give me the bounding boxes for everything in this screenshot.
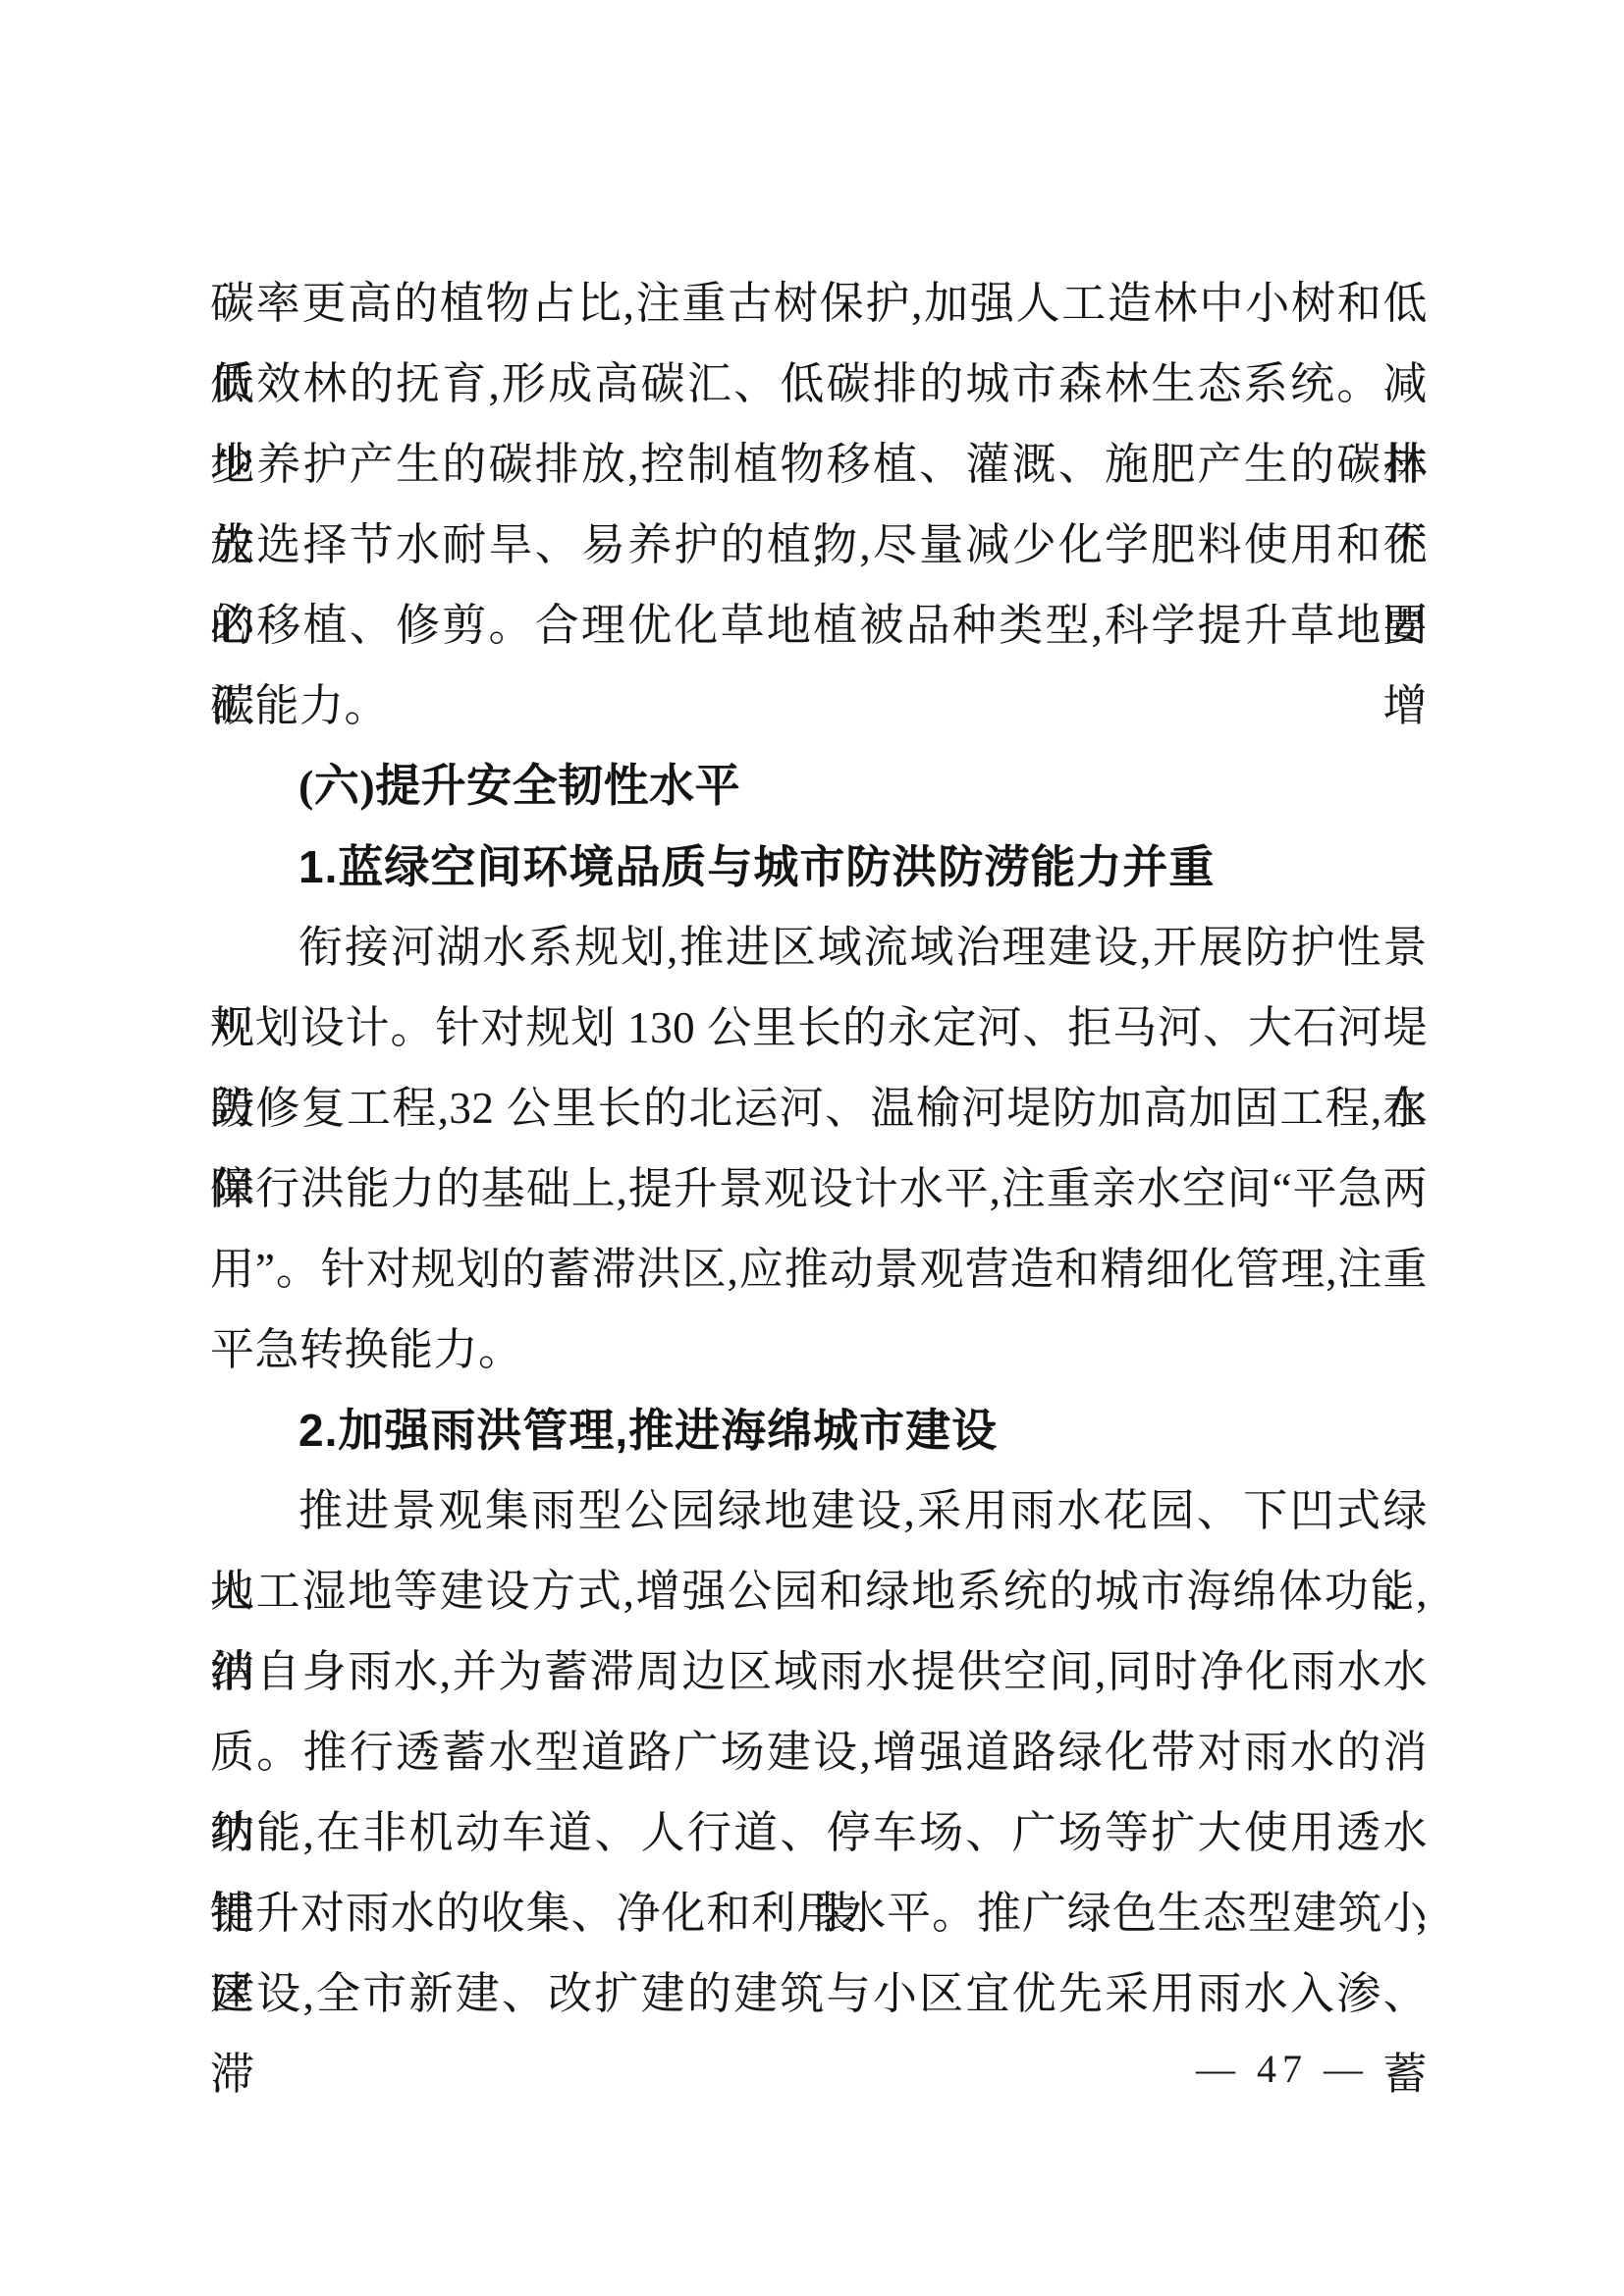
text-line: 质。推行透蓄水型道路广场建设,增强道路绿化带对雨水的消纳 [210, 1712, 1428, 1792]
text-line: 地养护产生的碳排放,控制植物移植、灌溉、施肥产生的碳排放,优 [210, 424, 1428, 505]
text-line: 纳自身雨水,并为蓄滞周边区域雨水提供空间,同时净化雨水水 [210, 1631, 1428, 1712]
text-line: 低效林的抚育,形成高碳汇、低碳排的城市森林生态系统。减少林 [210, 344, 1428, 424]
text-line: 毁修复工程,32 公里长的北运河、温榆河堤防加高加固工程,在保 [210, 1068, 1428, 1148]
text-line-paragraph-end: 平急转换能力。 [210, 1309, 1428, 1390]
text-line-paragraph-start: 衔接河湖水系规划,推进区域流域治理建设,开展防护性景观 [210, 907, 1428, 988]
text-line: 功能,在非机动车道、人行道、停车场、广场等扩大使用透水铺装, [210, 1792, 1428, 1873]
subsection-heading-1: 1.蓝绿空间环境品质与城市防洪防涝能力并重 [210, 827, 1428, 907]
text-line: 人工湿地等建设方式,增强公园和绿地系统的城市海绵体功能,消 [210, 1551, 1428, 1631]
text-line: 提升对雨水的收集、净化和利用水平。推广绿色生态型建筑小区 [210, 1873, 1428, 1953]
text-line: 碳率更高的植物占比,注重古树保护,加强人工造林中小树和低质 [210, 263, 1428, 344]
text-line: 的移植、修剪。合理优化草地植被品种类型,科学提升草地固碳增 [210, 585, 1428, 666]
section-heading-6: (六)提升安全韧性水平 [210, 746, 1428, 827]
text-line: 规划设计。针对规划 130 公里长的永定河、拒马河、大石河堤防水 [210, 988, 1428, 1068]
page-body-text: 碳率更高的植物占比,注重古树保护,加强人工造林中小树和低质 低效林的抚育,形成高… [210, 263, 1428, 2034]
text-line: 建设,全市新建、改扩建的建筑与小区宜优先采用雨水入渗、滞蓄 [210, 1953, 1428, 2034]
subsection-heading-2: 2.加强雨洪管理,推进海绵城市建设 [210, 1390, 1428, 1470]
text-line: 用”。针对规划的蓄滞洪区,应推动景观营造和精细化管理,注重 [210, 1229, 1428, 1309]
page-number: — 47 — [1196, 2045, 1382, 2094]
text-line-paragraph-start: 推进景观集雨型公园绿地建设,采用雨水花园、下凹式绿地、 [210, 1470, 1428, 1551]
text-line: 障行洪能力的基础上,提升景观设计水平,注重亲水空间“平急两 [210, 1148, 1428, 1229]
text-line: 先选择节水耐旱、易养护的植物,尽量减少化学肥料使用和不必要 [210, 505, 1428, 585]
document-page: 碳率更高的植物占比,注重古树保护,加强人工造林中小树和低质 低效林的抚育,形成高… [0, 0, 1624, 2296]
